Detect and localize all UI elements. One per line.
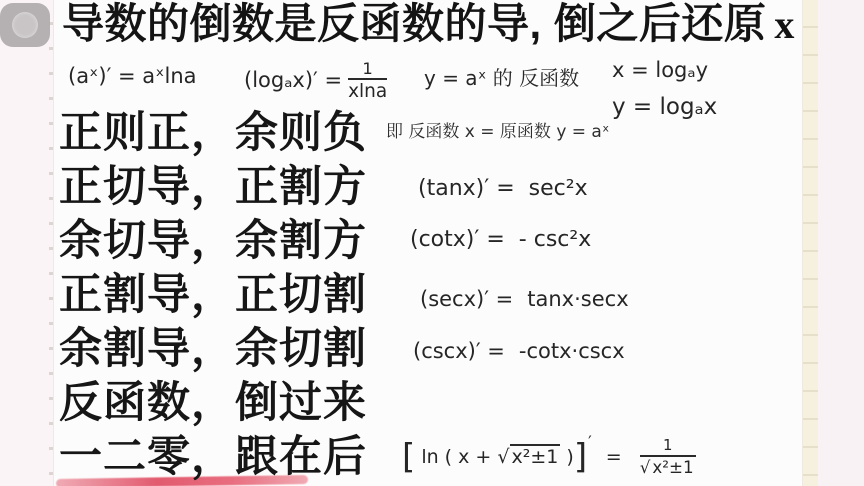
formula-rhs: tanx·secx [527,287,628,311]
formula-inverse-y: y = logₐx [612,94,717,120]
formula-ln-sqrt-derivative: [ ln ( x + √x²±1 )]′ = 1√x²±1 [402,432,696,477]
mnemonic-line: 反函数，倒过来 [59,376,367,430]
sqrt-expression: √x²±1 [497,444,560,468]
sqrt-radicand: x²±1 [650,455,695,477]
formula-tan-derivative: (tanx)′ =sec²x [418,176,588,201]
formula-rhs: - csc²x [519,227,591,252]
right-margin [818,0,864,486]
formula-exp-derivative: (aˣ)′ = aˣlna [68,64,197,88]
formula-inverse-x: x = logₐy [612,58,708,82]
equals-sign: = [606,446,622,468]
fraction-numerator: 1 [348,60,387,80]
open-bracket: [ [402,437,415,477]
left-margin-line [53,0,54,486]
fraction: 1xlna [348,60,387,102]
notes-page: 导数的倒数是反函数的导, 倒之后还原x (aˣ)′ = aˣlna (logₐx… [0,0,864,486]
fraction-denominator: xlna [348,80,387,101]
note-inverse-function: y = aˣ 的 反函数 [424,62,579,91]
fraction: 1√x²±1 [640,438,696,476]
assistive-touch-circle-icon [12,12,38,38]
close-bracket: ] [574,437,587,477]
mnemonic-line: 正则正，余则负 [59,106,367,160]
right-ruler-strip [802,0,819,486]
sqrt-radicand: x²±1 [510,444,561,468]
formula-log-lhs: (logₐx)′ = [244,68,342,92]
formula-csc-derivative: (cscx)′ =-cotx·cscx [413,339,625,363]
assistive-touch-icon[interactable] [0,3,50,47]
formula-rhs: -cotx·cscx [519,339,625,363]
mnemonic-line: 余割导，余切割 [59,322,367,376]
note-restatement: 即 反函数 x = 原函数 y = aˣ [386,117,609,142]
formula-lhs: (secx)′ = [420,287,513,311]
prime-symbol: ′ [588,432,592,451]
formula-lhs: (cscx)′ = [413,339,505,363]
mnemonic-line: 正割导，正切割 [59,268,367,322]
mnemonic-line: 余切导，余割方 [59,214,367,268]
formula-rhs: sec²x [529,176,588,201]
page-title-variable: x [774,2,795,47]
formula-cot-derivative: (cotx)′ =- csc²x [410,227,591,252]
page-title-text: 导数的倒数是反函数的导, 倒之后还原 [62,0,766,47]
mnemonic-list: 正则正，余则负 正切导，正割方 余切导，余割方 正割导，正切割 余割导，余切割 … [59,106,367,484]
sqrt-symbol: √ [640,457,651,477]
fraction-denominator: √x²±1 [640,457,696,477]
formula-log-derivative: (logₐx)′ =1xlna [244,60,387,102]
formula-body-suffix: ) [566,446,573,468]
page-title: 导数的倒数是反函数的导, 倒之后还原x [62,0,795,51]
formula-body-prefix: ln ( x + [421,446,491,468]
mnemonic-line: 一二零，跟在后 [59,430,367,484]
formula-sec-derivative: (secx)′ =tanx·secx [420,287,629,311]
formula-lhs: (tanx)′ = [418,176,515,201]
mnemonic-line: 正切导，正割方 [59,160,367,214]
sqrt-symbol: √ [497,446,509,468]
left-margin [0,0,53,486]
sqrt-expression: √x²±1 [640,455,696,477]
formula-lhs: (cotx)′ = [410,227,505,252]
